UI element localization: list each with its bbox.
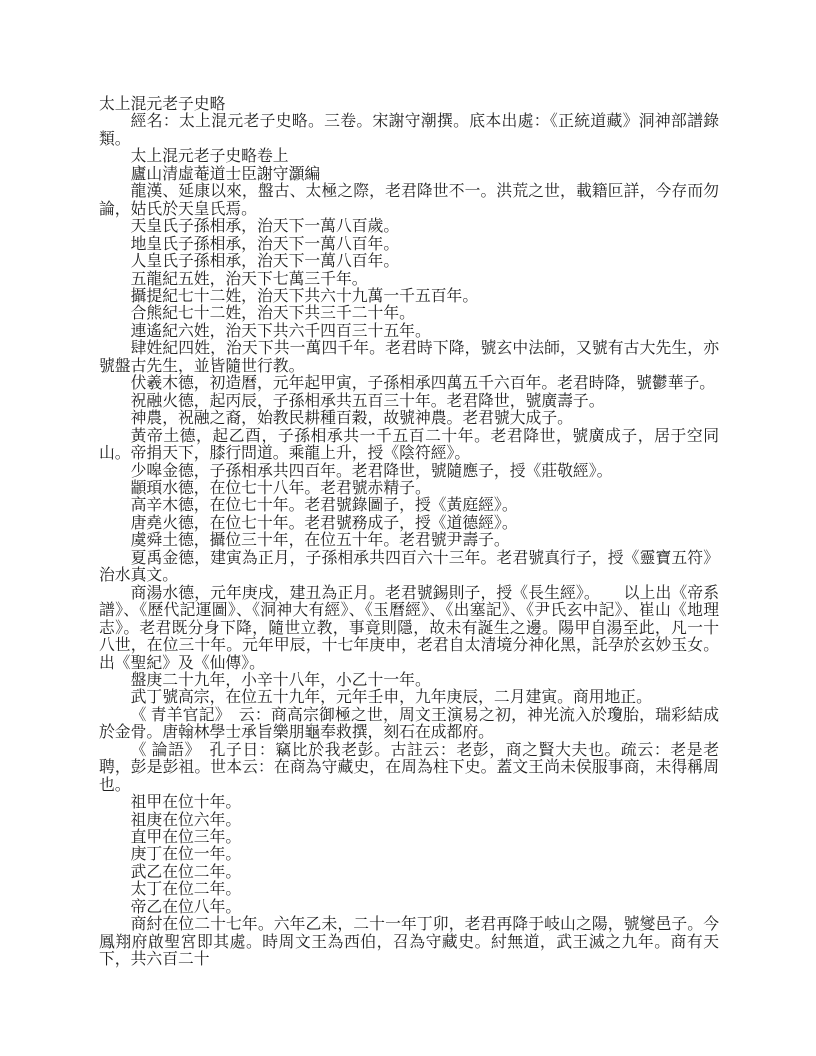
- paragraph: 龍漢、延康以來，盤古、太極之際，老君降世不一。洪荒之世，載籍叵詳，今存而勿論，姑…: [99, 183, 719, 218]
- paragraph: 商紂在位二十七年。六年乙未，二十一年丁卯，老君再降于岐山之陽，號燮邑子。今鳳翔府…: [99, 916, 719, 968]
- paragraph: 帝乙在位八年。: [99, 899, 719, 916]
- paragraph: 《 論語》 孔子日：竊比於我老彭。古註云：老彭，商之賢大夫也。疏云：老是老聘，彭…: [99, 742, 719, 794]
- paragraph: 廬山清虛菴道士臣謝守灝編: [99, 166, 719, 183]
- paragraph: 夏禹金德，建寅為正月，子孫相承共四百六十三年。老君號真行子，授《靈寶五符》治水真…: [99, 550, 719, 585]
- paragraph: 地皇氏子孫相承，治天下一萬八百年。: [99, 236, 719, 253]
- paragraph: 直甲在位三年。: [99, 829, 719, 846]
- paragraph: 《 青羊官記》 云：商高宗御極之世，周文王演易之初，神光流入於瓊胎，瑞彩結成於金…: [99, 707, 719, 742]
- paragraph: 武乙在位二年。: [99, 864, 719, 881]
- paragraph: 合熊紀七十二姓，治天下共三千二十年。: [99, 305, 719, 322]
- paragraph: 商湯水德，元年庚戌，建丑為正月。老君號錫則子，授《長生經》。 以上出《帝系譜》、…: [99, 585, 719, 672]
- paragraph: 高辛木德，在位七十年。老君號錄圖子，授《黃庭經》。: [99, 497, 719, 514]
- paragraph: 神農，祝融之裔，始教民耕種百穀，故號神農。老君號大成子。: [99, 410, 719, 427]
- paragraph: 顓頊水德，在位七十八年。老君號赤精子。: [99, 480, 719, 497]
- paragraph: 肆姓紀四姓，治天下共一萬四千年。老君時下降，號玄中法師，又號有古大先生，亦號盤古…: [99, 340, 719, 375]
- paragraph: 太丁在位二年。: [99, 881, 719, 898]
- paragraph: 太上混元老子史略卷上: [99, 148, 719, 165]
- paragraph: 祖庚在位六年。: [99, 812, 719, 829]
- paragraph: 黃帝土德，起乙酉，子孫相承共一千五百二十年。老君降世，號廣成子，居于空同山。帝捐…: [99, 428, 719, 463]
- paragraph: 人皇氏子孫相承，治天下一萬八百年。: [99, 253, 719, 270]
- paragraph: 天皇氏子孫相承，治天下一萬八百歲。: [99, 218, 719, 235]
- paragraph: 庚丁在位一年。: [99, 846, 719, 863]
- paragraph: 祝融火德，起丙辰，子孫相承共五百三十年。老君降世，號廣壽子。: [99, 393, 719, 410]
- paragraph: 唐堯火德，在位七十年。老君號務成子，授《道德經》。: [99, 515, 719, 532]
- paragraph: 伏羲木德，初造曆，元年起甲寅，子孫相承四萬五千六百年。老君時降，號鬱華子。: [99, 375, 719, 392]
- document-body: 太上混元老子史略 經名：太上混元老子史略。三卷。宋謝守潮撰。底本出處：《正統道藏…: [99, 96, 719, 969]
- paragraph: 攝提紀七十二姓，治天下共六十九萬一千五百年。: [99, 288, 719, 305]
- paragraph: 盤庚二十九年，小辛十八年，小乙十一年。: [99, 672, 719, 689]
- paragraph: 武丁號高宗，在位五十九年，元年壬申，九年庚辰，二月建寅。商用地正。: [99, 689, 719, 706]
- document-page: 太上混元老子史略 經名：太上混元老子史略。三卷。宋謝守潮撰。底本出處：《正統道藏…: [0, 0, 816, 1056]
- paragraph: 虞舜土德，攝位三十年，在位五十年。老君號尹壽子。: [99, 532, 719, 549]
- paragraph: 連遙紀六姓，治天下共六千四百三十五年。: [99, 323, 719, 340]
- paragraph: 經名：太上混元老子史略。三卷。宋謝守潮撰。底本出處：《正統道藏》洞神部譜錄類。: [99, 113, 719, 148]
- paragraph: 五龍紀五姓，治天下七萬三千年。: [99, 271, 719, 288]
- document-title: 太上混元老子史略: [99, 96, 719, 113]
- paragraph: 少嗥金德，子孫相承共四百年。老君降世，號隨應子，授《莊敬經》。: [99, 463, 719, 480]
- paragraph: 祖甲在位十年。: [99, 794, 719, 811]
